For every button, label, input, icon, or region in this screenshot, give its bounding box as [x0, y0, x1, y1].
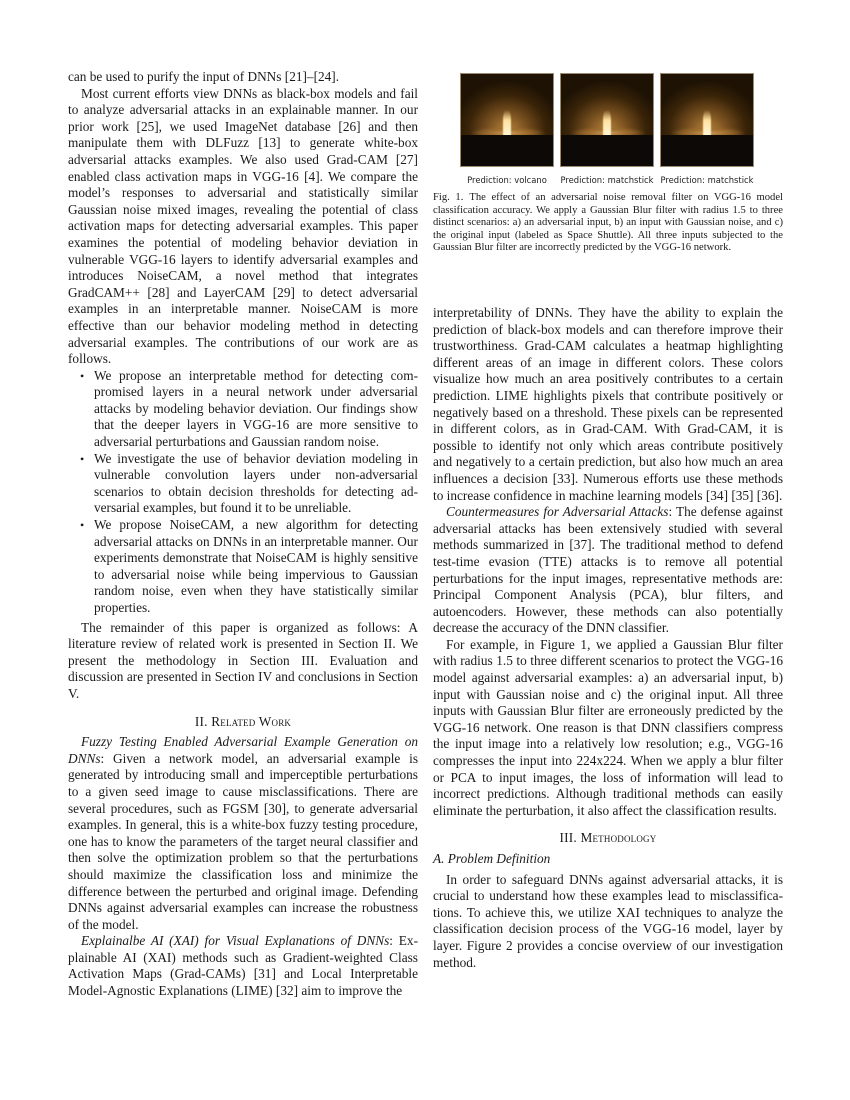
- figure-1: Prediction: volcano Prediction: matchsti…: [433, 60, 783, 255]
- left-column: can be used to purify the input of DNNs …: [68, 69, 418, 1000]
- contribution-item: We investigate the use of behavior devia…: [94, 451, 418, 517]
- paragraph-example: For example, in Figure 1, we applied a G…: [433, 637, 783, 820]
- figure-number: Fig. 1.: [433, 192, 463, 203]
- paragraph-intro-end: can be used to purify the input of DNNs …: [68, 69, 418, 86]
- figure-panel-image: [460, 73, 554, 167]
- paragraph-fuzzy-testing: Fuzzy Testing Enabled Adversarial Exampl…: [68, 734, 418, 933]
- figure-panel-label: Prediction: matchstick: [552, 175, 662, 185]
- paragraph-problem-definition: In order to safeguard DNNs against adver…: [433, 872, 783, 972]
- section-heading-related-work: II. Related Work: [68, 714, 418, 731]
- paragraph-xai: Explainalbe AI (XAI) for Visual Explanat…: [68, 933, 418, 999]
- figure-panel-label: Prediction: matchstick: [652, 175, 762, 185]
- right-column: interpretability of DNNs. They have the …: [433, 305, 783, 971]
- figure-panel-label: Prediction: volcano: [452, 175, 562, 185]
- figure-caption: Fig. 1.The effect of an adversarial nois…: [433, 192, 783, 255]
- figure-caption-text: The effect of an adversarial noise remov…: [433, 192, 783, 253]
- paragraph-prior-work: Most current efforts view DNNs as black-…: [68, 86, 418, 368]
- run-in-heading-xai: Explainalbe AI (XAI) for Visual Explanat…: [81, 933, 389, 948]
- fuzzy-body: : Given a network model, an adversarial …: [68, 751, 418, 932]
- paragraph-countermeasures: Countermeasures for Adversarial Attacks:…: [433, 504, 783, 637]
- paragraph-interpretability: interpretability of DNNs. They have the …: [433, 305, 783, 504]
- subsection-heading-problem-definition: A. Problem Definition: [433, 851, 783, 868]
- countermeasures-body: : The defense against adversarial attack…: [433, 504, 783, 635]
- run-in-heading-countermeasures: Countermeasures for Adversarial Attacks: [446, 504, 668, 519]
- contribution-item: We propose NoiseCAM, a new algorithm for…: [94, 517, 418, 617]
- section-heading-methodology: III. Methodology: [433, 830, 783, 847]
- paragraph-organization: The remainder of this paper is organized…: [68, 620, 418, 703]
- figure-panel-image: [560, 73, 654, 167]
- contributions-list: We propose an interpretable method for d…: [68, 368, 418, 617]
- figure-panel-image: [660, 73, 754, 167]
- figure-images: Prediction: volcano Prediction: matchsti…: [433, 60, 783, 190]
- contribution-item: We propose an interpretable method for d…: [94, 368, 418, 451]
